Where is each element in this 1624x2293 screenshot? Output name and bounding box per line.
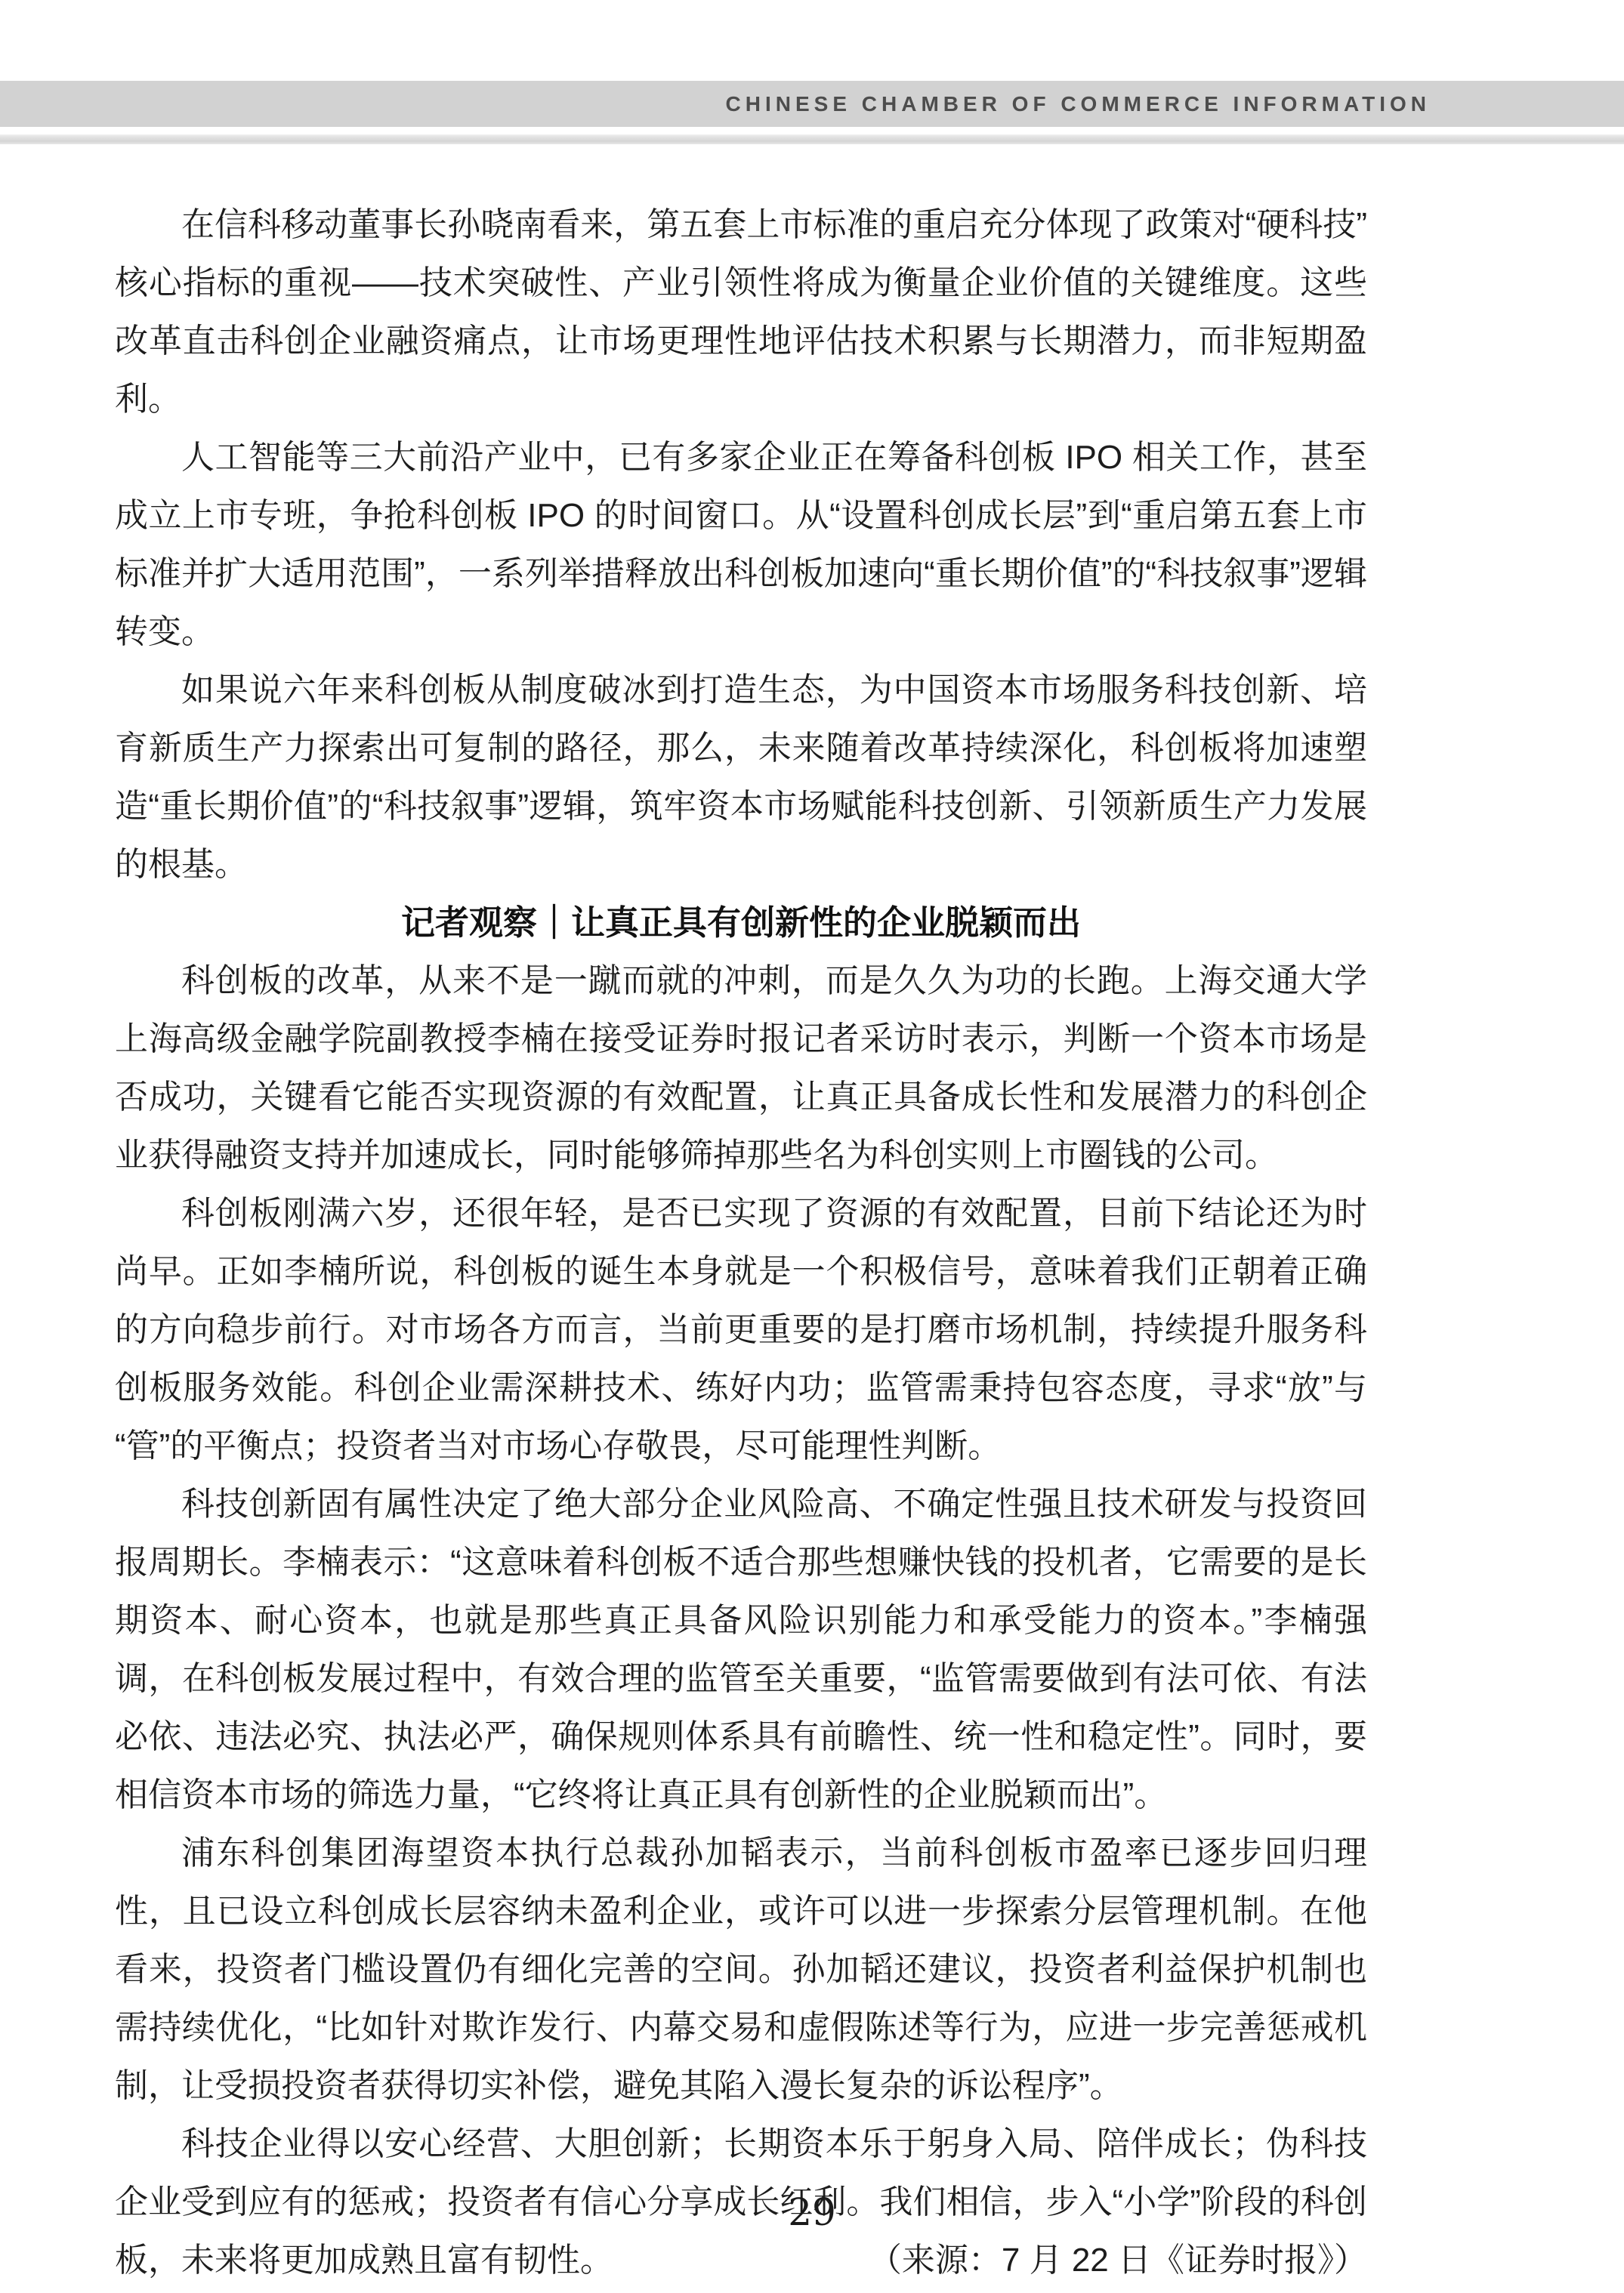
header-divider [0,134,1624,144]
paragraph: 科创板的改革，从来不是一蹴而就的冲刺，而是久久为功的长跑。上海交通大学上海高级金… [115,952,1367,1184]
paragraph: 人工智能等三大前沿产业中，已有多家企业正在筹备科创板 IPO 相关工作，甚至成立… [115,428,1367,661]
paragraph: 科技创新固有属性决定了绝大部分企业风险高、不确定性强且技术研发与投资回报周期长。… [115,1475,1367,1824]
page-number: 29 [0,2191,1624,2233]
paragraph: 科创板刚满六岁，还很年轻，是否已实现了资源的有效配置，目前下结论还为时尚早。正如… [115,1184,1367,1475]
source-attribution: （来源：7 月 22 日《证券时报》） [869,2231,1367,2289]
section-heading: 记者观察｜让真正具有创新性的企业脱颖而出 [115,893,1367,952]
paragraph: 在信科移动董事长孙晓南看来，第五套上市标准的重启充分体现了政策对“硬科技”核心指… [115,196,1367,428]
header-title: CHINESE CHAMBER OF COMMERCE INFORMATION [726,92,1431,116]
paragraph: 浦东科创集团海望资本执行总裁孙加韬表示，当前科创板市盈率已逐步回归理性，且已设立… [115,1824,1367,2115]
article-body: 在信科移动董事长孙晓南看来，第五套上市标准的重启充分体现了政策对“硬科技”核心指… [115,196,1367,2289]
paragraph: 如果说六年来科创板从制度破冰到打造生态，为中国资本市场服务科技创新、培育新质生产… [115,661,1367,893]
header-band: CHINESE CHAMBER OF COMMERCE INFORMATION [0,81,1624,127]
document-page: { "header": { "title": "CHINESE CHAMBER … [0,0,1624,2293]
